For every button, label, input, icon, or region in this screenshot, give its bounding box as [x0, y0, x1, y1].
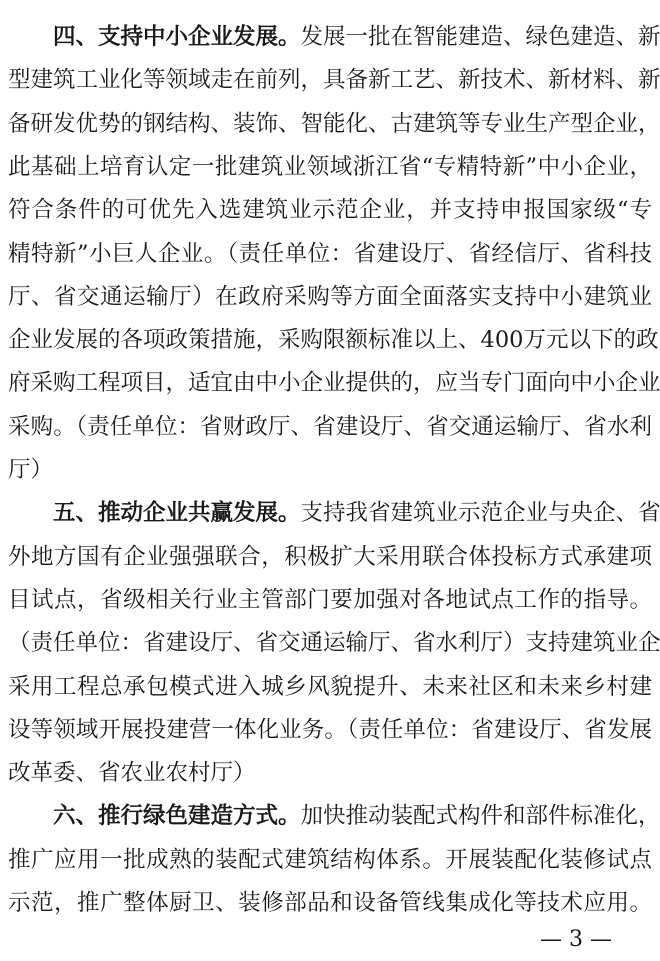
document-page: 四、支持中小企业发展。发展一批在智能建造、绿色建造、新 型建筑工业化等领域走在前… — [0, 0, 660, 961]
section-5-line-2: 目试点，省级相关行业主管部门要加强对各地试点工作的指导。 — [8, 585, 652, 615]
section-4-first-line: 四、支持中小企业发展。发展一批在智能建造、绿色建造、新 — [53, 22, 652, 52]
section-6-heading: 六、推行绿色建造方式。 — [53, 803, 301, 829]
section-4-line-8: 府采购工程项目，适宜由中小企业提供的，应当专门面向中小企业 — [8, 368, 652, 398]
section-5-heading: 五、推动企业共赢发展。 — [53, 500, 301, 526]
section-5-line-6: 改革委、省农业农村厅） — [8, 758, 652, 788]
section-4-line-10: 厅） — [8, 455, 652, 485]
section-5-line-1: 外地方国有企业强强联合，积极扩大采用联合体投标方式承建项 — [8, 542, 652, 572]
section-4-line-9: 采购。（责任单位：省财政厅、省建设厅、省交通运输厅、省水利 — [8, 412, 652, 442]
section-5-line-3: （责任单位：省建设厅、省交通运输厅、省水利厅）支持建筑业企业 — [8, 628, 652, 658]
section-4-heading: 四、支持中小企业发展。 — [53, 24, 301, 50]
section-6-line-2: 示范，推广整体厨卫、装修部品和设备管线集成化等技术应用。 — [8, 888, 652, 918]
section-5-line-4: 采用工程总承包模式进入城乡风貌提升、未来社区和未来乡村建 — [8, 672, 652, 702]
section-4-line-6: 厅、省交通运输厅）在政府采购等方面全面落实支持中小建筑业 — [8, 282, 652, 312]
section-4-line-4: 符合条件的可优先入选建筑业示范企业，并支持申报国家级“专 — [8, 195, 652, 225]
section-4-line-7: 企业发展的各项政策措施，采购限额标准以上、400万元以下的政 — [8, 325, 652, 355]
section-4-line-3: 此基础上培育认定一批建筑业领域浙江省“专精特新”中小企业， — [8, 152, 652, 182]
section-4-line-0: 发展一批在智能建造、绿色建造、新 — [301, 24, 660, 50]
section-4-line-2: 备研发优势的钢结构、装饰、智能化、古建筑等专业生产型企业，在 — [8, 109, 652, 139]
section-5-line-5: 设等领域开展投建营一体化业务。（责任单位：省建设厅、省发展 — [8, 715, 652, 745]
section-6-line-1: 推广应用一批成熟的装配式建筑结构体系。开展装配化装修试点 — [8, 845, 652, 875]
section-6-first-line: 六、推行绿色建造方式。加快推动装配式构件和部件标准化， — [53, 801, 652, 831]
section-5-first-line: 五、推动企业共赢发展。支持我省建筑业示范企业与央企、省 — [53, 498, 652, 528]
section-5-line-0: 支持我省建筑业示范企业与央企、省 — [301, 500, 660, 526]
page-number: — 3 — — [540, 925, 612, 955]
section-6-line-0: 加快推动装配式构件和部件标准化， — [301, 803, 660, 829]
section-4-line-1: 型建筑工业化等领域走在前列，具备新工艺、新技术、新材料、新设 — [8, 65, 652, 95]
section-4-line-5: 精特新”小巨人企业。（责任单位：省建设厅、省经信厅、省科技 — [8, 239, 652, 269]
